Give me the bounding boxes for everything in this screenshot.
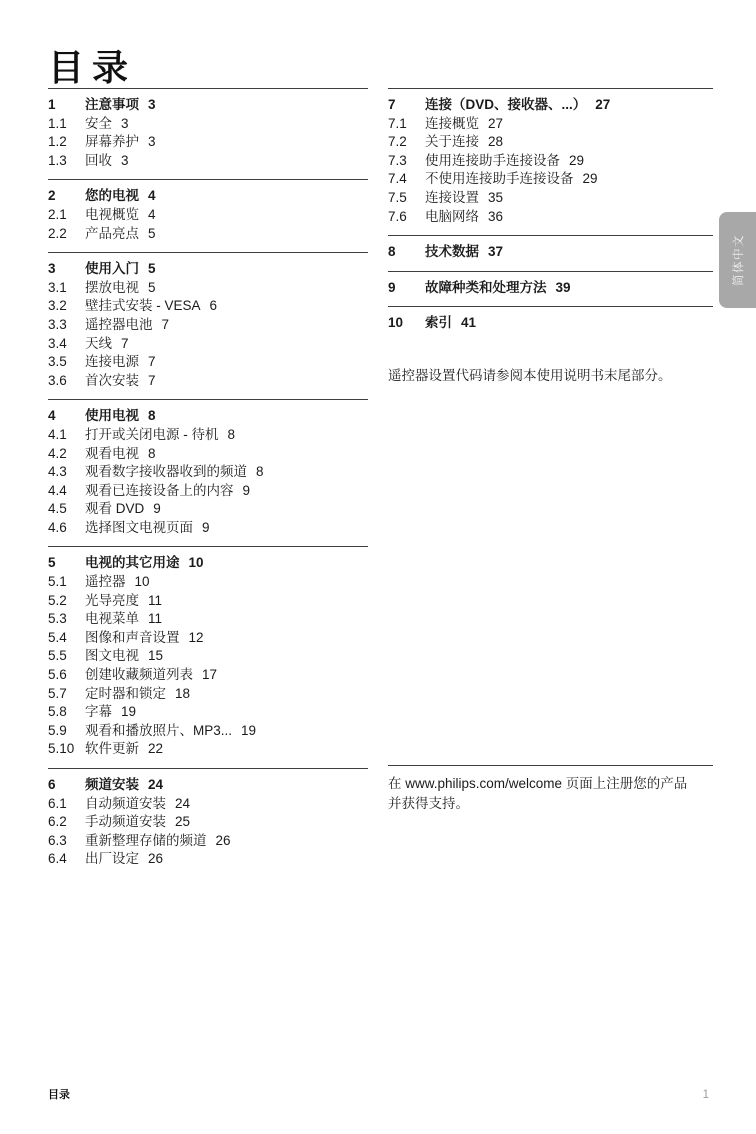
toc-entry-page: 35 <box>488 189 503 208</box>
toc-entry-page: 17 <box>202 666 217 685</box>
toc-entry: 4.1打开或关闭电源 - 待机8 <box>48 426 368 445</box>
toc-entry-number: 5.5 <box>48 647 85 666</box>
toc-entry-number: 5.1 <box>48 573 85 592</box>
toc-entry: 5.10软件更新22 <box>48 740 368 759</box>
toc-entry-page: 7 <box>148 372 156 391</box>
toc-section-header: 8技术数据37 <box>388 243 713 262</box>
toc-entry-number: 4.4 <box>48 482 85 501</box>
toc-entry-page: 8 <box>228 426 236 445</box>
footer-page-number: 1 <box>703 1089 709 1101</box>
toc-entry-label: 连接（DVD、接收器、...） <box>425 96 586 115</box>
toc-entry-label: 屏幕养护 <box>85 133 139 152</box>
toc-entry-number: 4 <box>48 407 85 426</box>
toc-entry-page: 3 <box>148 133 156 152</box>
toc-entry: 5.1遥控器10 <box>48 573 368 592</box>
toc-entry-number: 4.6 <box>48 519 85 538</box>
toc-entry-label: 观看和播放照片、MP3... <box>85 722 232 741</box>
toc-entry-label: 您的电视 <box>85 187 139 206</box>
toc-entry-label: 图文电视 <box>85 647 139 666</box>
toc-entry: 4.4观看已连接设备上的内容9 <box>48 482 368 501</box>
toc-entry: 3.4天线7 <box>48 335 368 354</box>
toc-entry-number: 4.5 <box>48 500 85 519</box>
toc-entry-page: 37 <box>488 243 503 262</box>
toc-entry-page: 5 <box>148 279 156 298</box>
toc-entry-number: 2.1 <box>48 206 85 225</box>
toc-entry: 4.3观看数字接收器收到的频道8 <box>48 463 368 482</box>
toc-entry: 2.1电视概览4 <box>48 206 368 225</box>
toc-entry-page: 9 <box>243 482 251 501</box>
toc-entry: 3.2壁挂式安装 - VESA6 <box>48 297 368 316</box>
toc-section-header: 7连接（DVD、接收器、...）27 <box>388 96 713 115</box>
toc-entry: 5.9观看和播放照片、MP3...19 <box>48 722 368 741</box>
toc-entry: 5.7定时器和锁定18 <box>48 685 368 704</box>
toc-entry-label: 图像和声音设置 <box>85 629 180 648</box>
toc-entry-number: 7.3 <box>388 152 425 171</box>
toc-entry-number: 3.3 <box>48 316 85 335</box>
toc-entry-label: 电视的其它用途 <box>85 554 180 573</box>
toc-entry-number: 6.1 <box>48 795 85 814</box>
toc-entry-number: 9 <box>388 279 425 298</box>
toc-entry-label: 选择图文电视页面 <box>85 519 193 538</box>
toc-entry: 6.3重新整理存储的频道26 <box>48 832 368 851</box>
toc-entry-label: 打开或关闭电源 - 待机 <box>85 426 219 445</box>
toc-entry-page: 5 <box>148 260 156 279</box>
toc-entry-page: 27 <box>488 115 503 134</box>
toc-entry-label: 出厂设定 <box>85 850 139 869</box>
toc-entry: 7.6电脑网络36 <box>388 208 713 227</box>
toc-entry-page: 12 <box>189 629 204 648</box>
toc-entry-number: 6.4 <box>48 850 85 869</box>
toc-entry-number: 4.2 <box>48 445 85 464</box>
toc-section-10: 10索引41 <box>388 306 713 333</box>
toc-entry-label: 使用电视 <box>85 407 139 426</box>
toc-column-left: 1注意事项31.1安全31.2屏幕养护31.3回收32您的电视42.1电视概览4… <box>48 88 368 878</box>
toc-entry-label: 安全 <box>85 115 112 134</box>
toc-entry-label: 自动频道安装 <box>85 795 166 814</box>
toc-section-header: 1注意事项3 <box>48 96 368 115</box>
toc-entry: 1.1安全3 <box>48 115 368 134</box>
toc-entry-page: 8 <box>148 407 156 426</box>
toc-entry-number: 5.7 <box>48 685 85 704</box>
toc-entry-page: 7 <box>121 335 129 354</box>
toc-entry-page: 26 <box>216 832 231 851</box>
toc-entry-label: 定时器和锁定 <box>85 685 166 704</box>
toc-entry: 3.1摆放电视5 <box>48 279 368 298</box>
toc-entry: 7.4不使用连接助手连接设备29 <box>388 170 713 189</box>
register-note-text: 在 www.philips.com/welcome 页面上注册您的产品并获得支持… <box>388 774 688 813</box>
toc-entry-page: 11 <box>148 610 162 629</box>
toc-entry-page: 10 <box>135 573 150 592</box>
toc-entry-number: 10 <box>388 314 425 333</box>
toc-section-header: 6频道安装24 <box>48 776 368 795</box>
toc-section-4: 4使用电视84.1打开或关闭电源 - 待机84.2观看电视84.3观看数字接收器… <box>48 399 368 537</box>
toc-entry-page: 19 <box>121 703 136 722</box>
toc-section-8: 8技术数据37 <box>388 235 713 262</box>
toc-entry-label: 首次安装 <box>85 372 139 391</box>
toc-entry-page: 28 <box>488 133 503 152</box>
page-title: 目录 <box>48 40 136 91</box>
toc-entry-number: 1.1 <box>48 115 85 134</box>
toc-entry-page: 6 <box>210 297 218 316</box>
toc-entry-page: 25 <box>175 813 190 832</box>
toc-entry: 4.6选择图文电视页面9 <box>48 519 368 538</box>
toc-entry: 7.2关于连接28 <box>388 133 713 152</box>
toc-entry-number: 3.2 <box>48 297 85 316</box>
toc-entry-page: 10 <box>189 554 204 573</box>
toc-entry: 5.8字幕19 <box>48 703 368 722</box>
toc-entry-number: 8 <box>388 243 425 262</box>
toc-section-header: 5电视的其它用途10 <box>48 554 368 573</box>
toc-entry-label: 技术数据 <box>425 243 479 262</box>
toc-section-header: 4使用电视8 <box>48 407 368 426</box>
toc-entry: 6.2手动频道安装25 <box>48 813 368 832</box>
toc-entry-label: 连接概览 <box>425 115 479 134</box>
toc-entry-page: 29 <box>583 170 598 189</box>
toc-entry-label: 天线 <box>85 335 112 354</box>
toc-entry-number: 7.4 <box>388 170 425 189</box>
toc-entry-label: 遥控器 <box>85 573 126 592</box>
footer-section-label: 目录 <box>48 1086 70 1102</box>
toc-entry: 7.1连接概览27 <box>388 115 713 134</box>
toc-entry-page: 18 <box>175 685 190 704</box>
toc-entry-number: 4.3 <box>48 463 85 482</box>
toc-entry-label: 观看电视 <box>85 445 139 464</box>
toc-entry-number: 7 <box>388 96 425 115</box>
toc-entry-label: 回收 <box>85 152 112 171</box>
toc-entry-page: 3 <box>148 96 156 115</box>
toc-entry-label: 电脑网络 <box>425 208 479 227</box>
toc-entry-number: 6.3 <box>48 832 85 851</box>
toc-entry-label: 手动频道安装 <box>85 813 166 832</box>
toc-entry-page: 9 <box>202 519 210 538</box>
toc-entry-number: 3.1 <box>48 279 85 298</box>
toc-entry-number: 3.5 <box>48 353 85 372</box>
toc-entry-page: 8 <box>256 463 264 482</box>
toc-entry-number: 7.5 <box>388 189 425 208</box>
toc-entry: 5.3电视菜单11 <box>48 610 368 629</box>
toc-entry-page: 11 <box>148 592 162 611</box>
toc-entry-label: 字幕 <box>85 703 112 722</box>
toc-entry-label: 光导亮度 <box>85 592 139 611</box>
toc-entry: 1.3回收3 <box>48 152 368 171</box>
toc-entry-label: 重新整理存储的频道 <box>85 832 207 851</box>
toc-entry-page: 7 <box>162 316 170 335</box>
toc-entry-number: 6.2 <box>48 813 85 832</box>
toc-entry-number: 2 <box>48 187 85 206</box>
toc-entry-number: 3.4 <box>48 335 85 354</box>
remote-code-note: 遥控器设置代码请参阅本使用说明书末尾部分。 <box>388 366 713 386</box>
toc-entry: 5.6创建收藏频道列表17 <box>48 666 368 685</box>
toc-section-header: 10索引41 <box>388 314 713 333</box>
toc-entry-number: 2.2 <box>48 225 85 244</box>
toc-entry-label: 索引 <box>425 314 452 333</box>
toc-entry-page: 19 <box>241 722 256 741</box>
toc-entry-page: 29 <box>569 152 584 171</box>
toc-entry-number: 5 <box>48 554 85 573</box>
toc-entry-label: 软件更新 <box>85 740 139 759</box>
toc-section-header: 2您的电视4 <box>48 187 368 206</box>
toc-entry-number: 5.4 <box>48 629 85 648</box>
toc-entry-label: 观看 DVD <box>85 500 144 519</box>
toc-entry-number: 5.2 <box>48 592 85 611</box>
toc-entry-label: 遥控器电池 <box>85 316 153 335</box>
toc-entry-label: 频道安装 <box>85 776 139 795</box>
toc-entry-page: 26 <box>148 850 163 869</box>
toc-entry-number: 5.10 <box>48 740 85 759</box>
toc-entry-number: 7.2 <box>388 133 425 152</box>
toc-entry-label: 连接电源 <box>85 353 139 372</box>
toc-entry-page: 3 <box>121 152 129 171</box>
toc-entry: 4.2观看电视8 <box>48 445 368 464</box>
toc-entry-page: 15 <box>148 647 163 666</box>
toc-entry-label: 连接设置 <box>425 189 479 208</box>
toc-entry-label: 不使用连接助手连接设备 <box>425 170 574 189</box>
toc-entry: 3.6首次安装7 <box>48 372 368 391</box>
toc-entry-number: 6 <box>48 776 85 795</box>
toc-entry-page: 8 <box>148 445 156 464</box>
toc-section-9: 9故障种类和处理方法39 <box>388 271 713 298</box>
toc-entry-page: 5 <box>148 225 156 244</box>
toc-entry-label: 观看数字接收器收到的频道 <box>85 463 247 482</box>
toc-entry-label: 故障种类和处理方法 <box>425 279 547 298</box>
toc-entry-label: 使用入门 <box>85 260 139 279</box>
toc-entry-label: 观看已连接设备上的内容 <box>85 482 234 501</box>
register-note: 在 www.philips.com/welcome 页面上注册您的产品并获得支持… <box>388 765 713 813</box>
toc-entry-page: 24 <box>175 795 190 814</box>
toc-entry-number: 4.1 <box>48 426 85 445</box>
toc-section-3: 3使用入门53.1摆放电视53.2壁挂式安装 - VESA63.3遥控器电池73… <box>48 252 368 390</box>
toc-entry-page: 22 <box>148 740 163 759</box>
toc-entry-number: 1.2 <box>48 133 85 152</box>
toc-entry-page: 9 <box>153 500 161 519</box>
toc-entry: 2.2产品亮点5 <box>48 225 368 244</box>
toc-entry-number: 1.3 <box>48 152 85 171</box>
toc-entry-label: 电视菜单 <box>85 610 139 629</box>
toc-entry-number: 5.3 <box>48 610 85 629</box>
toc-entry-page: 4 <box>148 187 156 206</box>
toc-section-header: 9故障种类和处理方法39 <box>388 279 713 298</box>
toc-entry: 3.3遥控器电池7 <box>48 316 368 335</box>
toc-entry-number: 5.9 <box>48 722 85 741</box>
toc-entry-label: 使用连接助手连接设备 <box>425 152 560 171</box>
toc-entry-number: 3 <box>48 260 85 279</box>
toc-entry: 4.5观看 DVD9 <box>48 500 368 519</box>
toc-section-6: 6频道安装246.1自动频道安装246.2手动频道安装256.3重新整理存储的频… <box>48 768 368 869</box>
toc-entry: 6.4出厂设定26 <box>48 850 368 869</box>
toc-entry-label: 产品亮点 <box>85 225 139 244</box>
toc-entry-page: 7 <box>148 353 156 372</box>
toc-entry: 5.4图像和声音设置12 <box>48 629 368 648</box>
toc-section-1: 1注意事项31.1安全31.2屏幕养护31.3回收3 <box>48 88 368 170</box>
language-tab-label: 简体中文 <box>730 234 746 286</box>
toc-section-5: 5电视的其它用途105.1遥控器105.2光导亮度115.3电视菜单115.4图… <box>48 546 368 759</box>
toc-entry-page: 41 <box>461 314 476 333</box>
toc-entry-label: 摆放电视 <box>85 279 139 298</box>
toc-entry-number: 7.6 <box>388 208 425 227</box>
toc-entry-page: 39 <box>556 279 571 298</box>
toc-entry-page: 3 <box>121 115 129 134</box>
toc-entry-page: 4 <box>148 206 156 225</box>
toc-entry-number: 7.1 <box>388 115 425 134</box>
toc-entry-label: 电视概览 <box>85 206 139 225</box>
toc-entry: 6.1自动频道安装24 <box>48 795 368 814</box>
toc-entry: 5.2光导亮度11 <box>48 592 368 611</box>
toc-entry-number: 1 <box>48 96 85 115</box>
toc-section-7: 7连接（DVD、接收器、...）277.1连接概览277.2关于连接287.3使… <box>388 88 713 226</box>
toc-section-header: 3使用入门5 <box>48 260 368 279</box>
toc-entry: 5.5图文电视15 <box>48 647 368 666</box>
toc-entry: 3.5连接电源7 <box>48 353 368 372</box>
toc-column-right: 7连接（DVD、接收器、...）277.1连接概览277.2关于连接287.3使… <box>388 88 713 342</box>
toc-entry-page: 36 <box>488 208 503 227</box>
toc-section-2: 2您的电视42.1电视概览42.2产品亮点5 <box>48 179 368 243</box>
toc-entry-label: 注意事项 <box>85 96 139 115</box>
toc-entry-label: 壁挂式安装 - VESA <box>85 297 201 316</box>
toc-entry: 7.5连接设置35 <box>388 189 713 208</box>
toc-entry: 7.3使用连接助手连接设备29 <box>388 152 713 171</box>
toc-entry-page: 24 <box>148 776 163 795</box>
language-tab: 简体中文 <box>719 212 756 308</box>
manual-toc-page: 目录 1注意事项31.1安全31.2屏幕养护31.3回收32您的电视42.1电视… <box>0 0 756 1134</box>
toc-entry: 1.2屏幕养护3 <box>48 133 368 152</box>
toc-entry-label: 创建收藏频道列表 <box>85 666 193 685</box>
toc-entry-page: 27 <box>595 96 610 115</box>
toc-entry-number: 5.8 <box>48 703 85 722</box>
toc-entry-label: 关于连接 <box>425 133 479 152</box>
toc-entry-number: 3.6 <box>48 372 85 391</box>
toc-entry-number: 5.6 <box>48 666 85 685</box>
